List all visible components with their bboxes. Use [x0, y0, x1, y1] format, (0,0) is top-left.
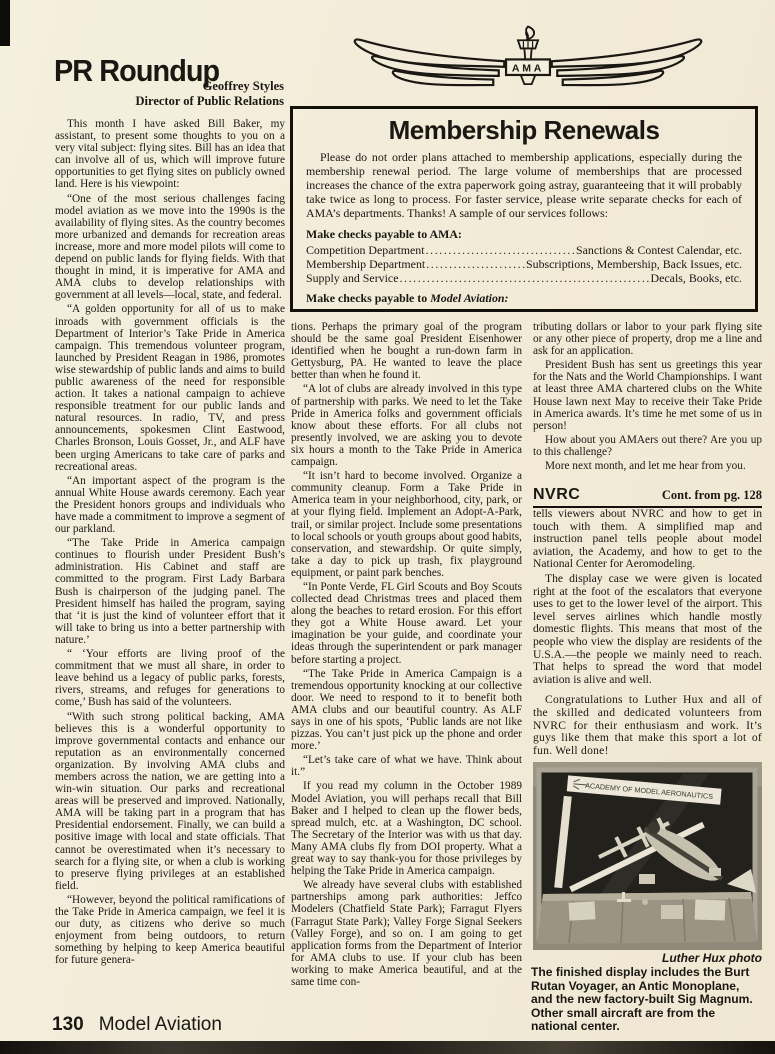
service-row: Supply and Service Decals, Books, etc.	[306, 271, 742, 285]
left-wing	[355, 39, 504, 85]
photo-credit: Luther Hux photo	[533, 951, 762, 965]
service-row: Membership Department Subscriptions, Mem…	[306, 257, 742, 271]
paragraph: tions. Perhaps the primary goal of the p…	[291, 321, 522, 381]
ama-logo: AMA	[336, 22, 720, 106]
magazine-title: Model Aviation	[99, 1014, 222, 1036]
right-wing	[552, 39, 701, 85]
dots-leader	[398, 271, 650, 285]
service-name: Competition Department	[306, 243, 425, 257]
paragraph: “A golden opportunity for all of us to m…	[55, 303, 285, 472]
paragraph: “However, beyond the political ramificat…	[55, 894, 285, 967]
scan-edge-bottom	[0, 1041, 775, 1054]
paragraph: “ ‘Your efforts are living proof of the …	[55, 648, 285, 708]
scan-edge-top-left	[0, 0, 10, 46]
article-column-left: This month I have asked Bill Baker, my a…	[55, 118, 285, 1014]
service-row: Competition Department Sanctions & Conte…	[306, 243, 742, 257]
paragraph: “One of the most serious challenges faci…	[55, 193, 285, 302]
service-desc: Subscriptions, Membership, Back Issues, …	[526, 257, 742, 271]
renewals-title: Membership Renewals	[306, 115, 742, 146]
nvrc-continued-label: Cont. from pg. 128	[662, 488, 762, 503]
service-name: Model Aviation	[306, 307, 379, 312]
payable-ama-label: Make checks payable to AMA:	[306, 227, 742, 242]
nvrc-section-body: tells viewers about NVRC and how to get …	[533, 508, 762, 759]
page-number: 130	[52, 1014, 84, 1036]
paragraph: “The Take Pride in America Campaign is a…	[291, 668, 522, 753]
magazine-page: PR Roundup Geoffrey Styles Director of P…	[0, 0, 775, 1054]
byline-name: Geoffrey Styles	[55, 79, 284, 94]
paragraph: How about you AMAers out there? Are you …	[533, 434, 762, 458]
paragraph: “It isn’t hard to become involved. Organ…	[291, 470, 522, 579]
dots-leader	[379, 307, 692, 312]
dots-leader	[425, 243, 576, 257]
paragraph: “The Take Pride in America campaign cont…	[55, 537, 285, 646]
nvrc-section-title: NVRC	[533, 486, 580, 504]
paragraph: “A lot of clubs are already involved in …	[291, 383, 522, 468]
service-name: Supply and Service	[306, 271, 398, 285]
ama-plate-tab	[521, 75, 536, 84]
photo-caption: The finished display includes the Burt R…	[531, 966, 763, 1034]
article-column-middle: tions. Perhaps the primary goal of the p…	[291, 321, 522, 1037]
ama-plate-label: AMA	[512, 62, 544, 74]
dots-leader	[425, 257, 526, 271]
service-desc: Decals, Books, etc.	[651, 271, 742, 285]
service-desc: Plans only	[692, 307, 742, 312]
renewals-intro: Please do not order plans attached to me…	[306, 151, 742, 221]
paragraph: The display case we were given is locate…	[533, 573, 762, 686]
service-name: Membership Department	[306, 257, 425, 271]
paragraph: tells viewers about NVRC and how to get …	[533, 508, 762, 571]
paragraph: We already have several clubs with estab…	[291, 879, 522, 988]
paragraph: President Bush has sent us greetings thi…	[533, 359, 762, 432]
membership-renewals-box: Membership Renewals Please do not order …	[290, 106, 758, 312]
display-case-photo: ACADEMY OF MODEL AERONAUTICS	[533, 762, 762, 950]
byline-role: Director of Public Relations	[55, 94, 284, 109]
service-desc: Sanctions & Contest Calendar, etc.	[576, 243, 742, 257]
paragraph: tributing dollars or labor to your park …	[533, 321, 762, 357]
nvrc-section-header: NVRC Cont. from pg. 128	[533, 486, 762, 508]
paragraph: More next month, and let me hear from yo…	[533, 460, 762, 472]
paragraph: “An important aspect of the program is t…	[55, 475, 285, 535]
paragraph: “With such strong political backing, AMA…	[55, 711, 285, 892]
congrats-paragraph: Congratulations to Luther Hux and all of…	[533, 694, 762, 757]
paragraph: “In Ponte Verde, FL Girl Scouts and Boy …	[291, 581, 522, 666]
article-column-right: tributing dollars or labor to your park …	[533, 321, 762, 483]
payable-ma-italic: Model Aviation:	[430, 291, 508, 305]
paragraph: If you read my column in the October 198…	[291, 780, 522, 877]
page-footer: 130 Model Aviation	[52, 1014, 222, 1036]
service-row: Model Aviation Plans only	[306, 307, 742, 312]
paragraph: “Let’s take care of what we have. Think …	[291, 754, 522, 778]
torch-icon	[518, 27, 538, 60]
byline: Geoffrey Styles Director of Public Relat…	[55, 79, 284, 110]
payable-ma-label: Make checks payable to Model Aviation:	[306, 291, 742, 306]
payable-ma-prefix: Make checks payable to	[306, 291, 430, 305]
paragraph: This month I have asked Bill Baker, my a…	[55, 118, 285, 191]
